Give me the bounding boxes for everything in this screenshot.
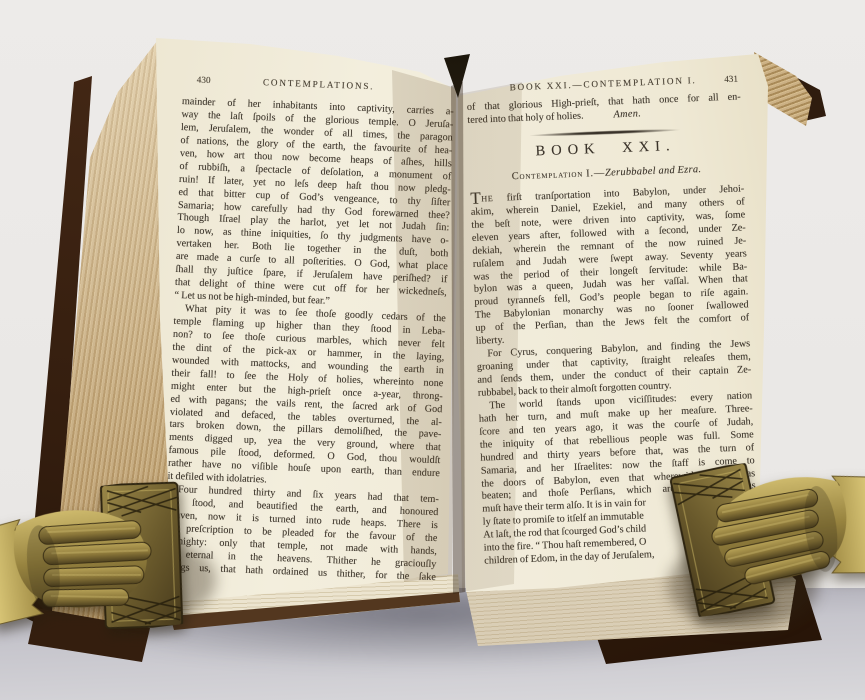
chapter-heading-title: Zerubbabel and Ezra.: [605, 164, 702, 179]
brass-hand-weight-left: [0, 476, 200, 647]
right-page-number: 431: [724, 74, 738, 85]
left-page-number: 430: [197, 75, 211, 86]
book-photograph: 430 CONTEMPLATIONS. mainder of her inhab…: [0, 0, 865, 700]
brass-hand-weight-right: [664, 448, 865, 619]
amen-italic: Amen.: [613, 108, 641, 120]
section-divider-rule: [530, 128, 680, 138]
chapter-heading-label: Contemplation I.—: [512, 168, 606, 183]
